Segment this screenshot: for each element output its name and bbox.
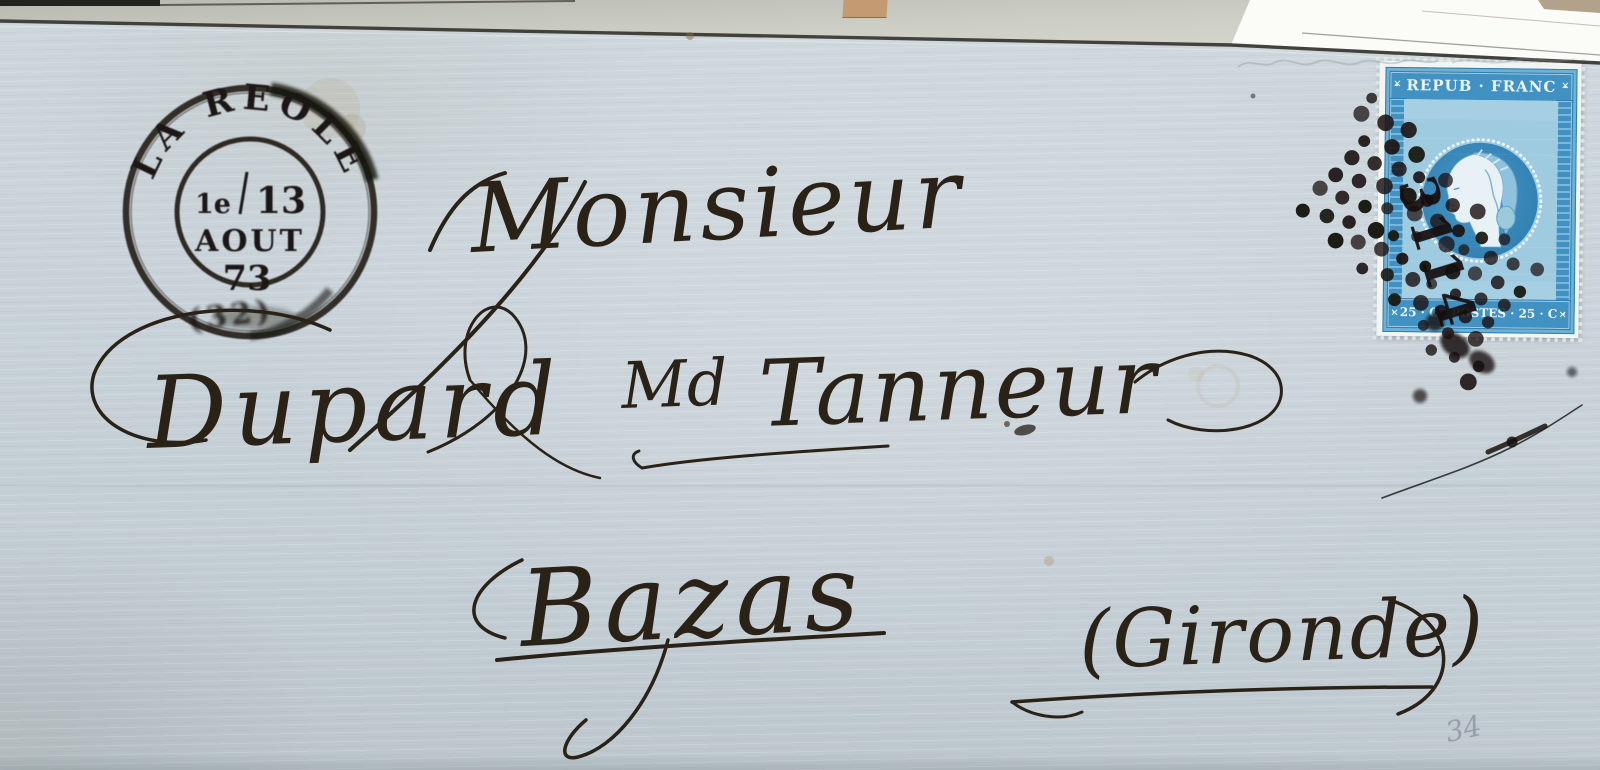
stamp-corner-ornament: ✕ [1555,309,1569,323]
corner-paper-fragment [1538,0,1600,13]
stamp-corner-ornament: ✕ [1558,80,1572,94]
stamp-top-inscription: · REPUB · FRANC · [1390,72,1572,102]
stamp-frame: · REPUB · FRANC · ✕ ✕ [1382,67,1577,334]
stamp-vignette [1402,99,1558,302]
top-left-dark-edge [0,0,160,6]
stamp-corner-ornament: ✕ [1390,78,1404,92]
background-sheet-line-2 [1422,11,1600,26]
stamp-bottom-inscription: · 25 · C · POSTES · 25 · C · [1387,299,1569,329]
letter-cover-scan: · REPUB · FRANC · ✕ ✕ [0,0,1600,770]
letter-paper [0,0,1600,770]
ceres-25c-stamp: · REPUB · FRANC · ✕ ✕ [1376,61,1581,338]
ceres-portrait [1402,99,1558,302]
torn-paper-fragment [842,0,887,18]
stamp-corner-ornament: ✕ [1388,307,1402,321]
